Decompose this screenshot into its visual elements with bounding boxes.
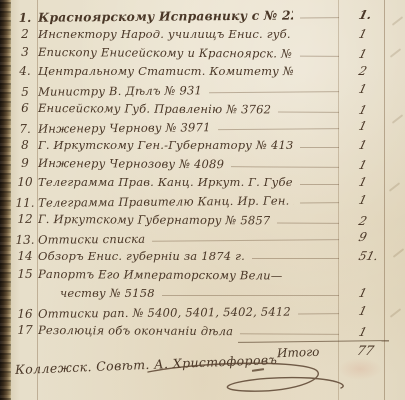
- row-text: Резолюція объ окончаніи дѣла: [38, 322, 233, 337]
- fill-line: [300, 55, 339, 56]
- row-text: Рапортъ Его Императорскому Вели—: [38, 266, 283, 281]
- bleed-through-mark: [393, 248, 404, 258]
- ledger-row: 14Обзоръ Енис. губерніи за 1874 г.51.: [12, 245, 392, 264]
- row-number: 1.: [12, 10, 38, 24]
- ledger-row: 2Инспектору Народ. училищъ Енис. губ. № …: [12, 23, 392, 42]
- ledger-page: 1.Красноярскому Исправнику с № 2221. 2Ин…: [0, 0, 405, 400]
- ledger-row: 6Енисейскому Губ. Правленію № 37621: [12, 95, 392, 116]
- fill-line: [300, 147, 339, 148]
- ledger-row: 13.Оттиски списка9: [12, 225, 392, 247]
- row-quantity: 1.: [343, 7, 393, 21]
- row-text: Оттиски списка: [38, 231, 145, 246]
- ledger-row: 9Инженеру Чернозову № 40891: [12, 151, 392, 172]
- ledger-row: 11.Телеграмма Правителю Канц. Ир. Ген. Г…: [12, 188, 392, 210]
- row-quantity: 1: [343, 138, 393, 152]
- ledger-row: 16Оттиски рап. № 5400, 5401, 5402, 54121: [12, 299, 392, 321]
- ledger-row: 8Г. Иркутскому Ген.-Губернатору № 41371: [12, 134, 392, 153]
- row-text: Инженеру Чернозову № 4089: [38, 155, 224, 170]
- ledger-row: 10Телеграмма Прав. Канц. Иркут. Г. Губер…: [12, 171, 392, 190]
- row-number: 9: [12, 155, 38, 169]
- row-quantity: 1: [343, 192, 393, 206]
- ledger-row: 17Резолюція объ окончаніи дѣла1: [12, 317, 392, 338]
- fill-line: [300, 184, 339, 185]
- bleed-through-mark: [392, 16, 403, 26]
- row-number: 6: [12, 100, 38, 114]
- fill-line: [231, 166, 339, 168]
- row-number: 3: [12, 44, 38, 58]
- row-quantity: 9: [343, 229, 393, 243]
- fill-line: [162, 295, 339, 296]
- row-number: 17: [12, 322, 38, 336]
- fill-line: [298, 313, 339, 314]
- row-number: 4.: [12, 64, 38, 78]
- book-binding-edge: [0, 0, 11, 400]
- ledger-rows: 1.Красноярскому Исправнику с № 2221. 2Ин…: [12, 4, 392, 337]
- ledger-row: 5Министру В. Дѣлъ № 9311: [12, 77, 392, 99]
- row-text: Центральному Статист. Комитету № 464: [38, 64, 293, 78]
- row-quantity: 1: [343, 27, 393, 41]
- row-text: Епископу Енисейскому и Красноярск. № 316…: [38, 44, 293, 60]
- row-text: Красноярскому Исправнику с № 222: [38, 7, 293, 24]
- signature-flourish: [142, 360, 357, 400]
- row-number: 15: [12, 266, 38, 280]
- row-text: Г. Иркутскому Ген.-Губернатору № 4137: [38, 138, 293, 152]
- row-number: 12: [12, 211, 38, 225]
- row-text: Телеграмма Прав. Канц. Иркут. Г. Губер.: [38, 175, 293, 189]
- row-quantity: 51.: [343, 249, 393, 263]
- row-text: Обзоръ Енис. губерніи за 1874 г.: [38, 249, 245, 263]
- fill-line: [240, 332, 339, 334]
- ledger-row: 3Епископу Енисейскому и Красноярск. № 31…: [12, 40, 392, 61]
- total-value: 77: [343, 344, 393, 359]
- fill-line: [300, 17, 339, 18]
- fill-line: [152, 239, 339, 242]
- row-number: 7.: [12, 121, 38, 135]
- row-quantity: 1: [343, 303, 393, 317]
- paper-stain: [338, 358, 382, 380]
- row-quantity: 1: [343, 46, 394, 60]
- fill-line: [252, 258, 339, 259]
- fill-line: [218, 128, 339, 130]
- fill-line: [277, 221, 339, 222]
- row-quantity: 1: [343, 157, 394, 171]
- row-text: Г. Иркутскому Губернатору № 5857: [38, 211, 271, 226]
- row-number: 10: [12, 175, 38, 189]
- row-quantity: 1: [343, 324, 394, 338]
- ledger-row: 4.Центральному Статист. Комитету № 4642: [12, 60, 392, 79]
- ledger-row: 15Рапортъ Его Императорскому Вели—: [12, 262, 392, 283]
- fill-line: [300, 202, 339, 203]
- total-label: Итого: [276, 344, 345, 360]
- row-text: Енисейскому Губ. Правленію № 3762: [38, 100, 271, 115]
- row-quantity: 1: [343, 118, 393, 132]
- row-text: Инспектору Народ. училищъ Енис. губ. № 3…: [38, 27, 293, 41]
- ledger-row: 12Г. Иркутскому Губернатору № 58572: [12, 206, 392, 227]
- ledger-row: 7.Инженеру Чернову № 39711: [12, 114, 392, 136]
- row-text: честву № 5158: [60, 286, 155, 300]
- ledger-row: 1.Красноярскому Исправнику с № 2221.: [12, 3, 392, 25]
- row-quantity: 1: [343, 81, 393, 95]
- fill-line: [209, 91, 339, 93]
- ledger-row-continuation: честву № 51581: [12, 282, 392, 301]
- fill-line: [278, 110, 339, 111]
- row-text: Инженеру Чернову № 3971: [38, 120, 211, 136]
- row-number: 13.: [12, 232, 38, 246]
